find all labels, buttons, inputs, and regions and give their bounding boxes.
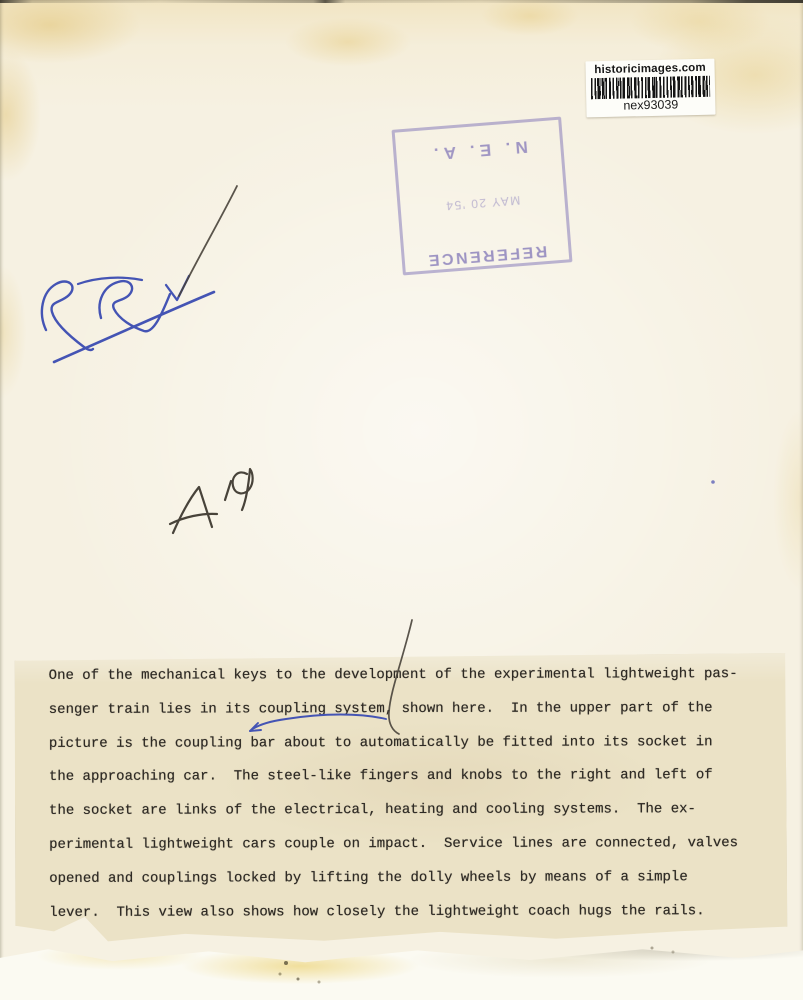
vendor-code-text: nex93039 <box>586 97 715 115</box>
caption-line: One of the mechanical keys to the develo… <box>49 658 771 694</box>
caption-line: the approaching car. The steel-like fing… <box>49 759 771 795</box>
caption-line: perimental lightweight cars couple on im… <box>49 827 771 863</box>
caption-line: lever. This view also shows how closely … <box>49 895 771 931</box>
vendor-site-text: historicimages.com <box>585 61 714 78</box>
vendor-barcode-label: historicimages.com nex93039 <box>585 59 715 118</box>
stamp-line-reference: REFERENCE <box>426 241 548 268</box>
caption-line: the socket are links of the electrical, … <box>49 793 771 829</box>
scan-top-edge <box>0 0 803 3</box>
photo-back-scan: historicimages.com nex93039 REFERENCE MA… <box>0 0 803 1000</box>
typed-caption-slip: One of the mechanical keys to the develo… <box>15 653 788 943</box>
barcode-icon <box>591 76 710 99</box>
caption-line: senger train lies in its coupling system… <box>49 692 771 728</box>
caption-text: One of the mechanical keys to the develo… <box>49 658 772 930</box>
stamp-line-nea: N. E. A. <box>428 136 528 164</box>
caption-line: opened and couplings locked by lifting t… <box>49 861 771 897</box>
reference-stamp-text: REFERENCE MAY 20 '54 N. E. A. <box>395 120 569 272</box>
caption-line: picture is the coupling bar about to aut… <box>49 726 771 762</box>
reference-stamp: REFERENCE MAY 20 '54 N. E. A. <box>392 117 573 276</box>
stamp-line-date: MAY 20 '54 <box>444 193 520 213</box>
paper-speckles <box>0 0 2 2</box>
